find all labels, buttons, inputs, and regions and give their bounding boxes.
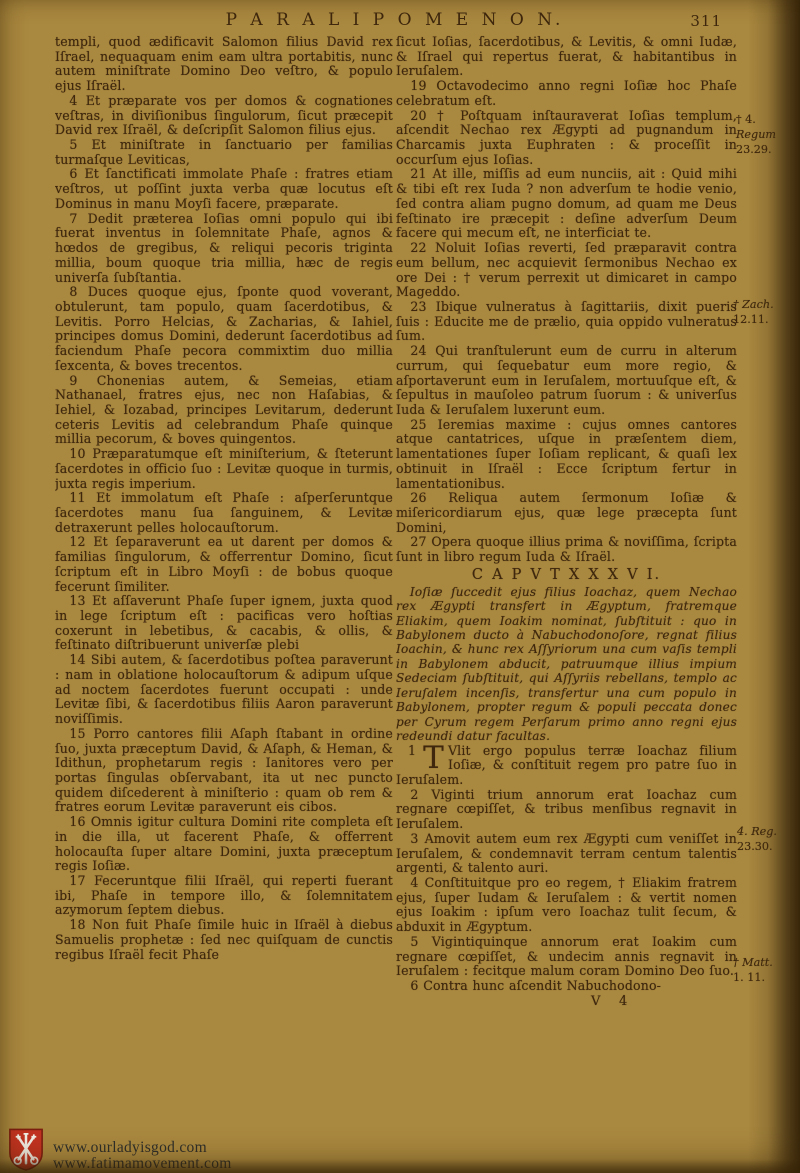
verse-paragraph: 5 Vigintiquinque annorum erat Ioakim cum…: [396, 935, 737, 979]
verse-paragraph: 7 Dedit præterea Ioſias omni populo qui …: [55, 212, 393, 286]
verse-paragraph: 9 Chonenias autem, & Semeias, etiam Nath…: [55, 374, 393, 448]
page-bottom-shadow: [0, 1159, 800, 1173]
verse-paragraph: 14 Sibi autem, & ſacerdotibus poſtea par…: [55, 653, 393, 727]
verse-paragraph: templi, quod ædificavit Salomon filius D…: [55, 35, 393, 94]
verse-paragraph-dropcap: 1 TVlit ergo populus terræ Ioachaz filiu…: [396, 744, 737, 788]
verse-paragraph: 6 Contra hunc aſcendit Nabuchodono-: [396, 979, 737, 994]
verse-paragraph: 8 Duces quoque ejus, ſponte quod voveran…: [55, 285, 393, 373]
signature-mark: V 4: [396, 995, 737, 1010]
verse-paragraph: 11 Et immolatum eſt Phaſe : aſperſeruntq…: [55, 491, 393, 535]
verse-paragraph: 15 Porro cantores filii Aſaph ſtabant in…: [55, 727, 393, 815]
page-edge-shadow: [748, 0, 800, 1173]
verse-number: 1: [408, 744, 416, 759]
verse-paragraph: 27 Opera quoque illius prima & noviſſima…: [396, 535, 737, 564]
verse-paragraph: 5 Et miniſtrate in ſanctuario per famili…: [55, 138, 393, 167]
verse-paragraph: 21 At ille, miſſis ad eum nunciis, ait :…: [396, 167, 737, 241]
verse-text: Vlit ergo populus terræ Ioachaz filium I…: [396, 743, 737, 787]
left-text-column: templi, quod ædificavit Salomon filius D…: [55, 35, 393, 1107]
verse-paragraph: 16 Omnis igitur cultura Domini rite comp…: [55, 815, 393, 874]
drop-cap-letter: T: [423, 745, 444, 772]
verse-paragraph: 22 Noluit Ioſias reverti, ſed præparavit…: [396, 241, 737, 300]
verse-paragraph: 20 † Poſtquam inſtauraverat Ioſias templ…: [396, 109, 737, 168]
watermark-url-1: www.ourladyisgod.com: [53, 1140, 232, 1156]
chapter-heading: C A P V T X X X V I.: [396, 568, 737, 583]
right-text-column: ſicut Ioſias, ſacerdotibus, & Levitis, &…: [396, 35, 737, 1117]
book-page-scan: P A R A L I P O M E N O N. 311 templi, q…: [0, 0, 800, 1173]
verse-paragraph: 6 Et ſanctificati immolate Phaſe : fratr…: [55, 167, 393, 211]
verse-paragraph: 13 Et aſſaverunt Phaſe ſuper ignem, juxt…: [55, 594, 393, 653]
verse-paragraph: 26 Reliqua autem ſermonum Ioſiæ & miſeri…: [396, 491, 737, 535]
verse-paragraph: 2 Viginti trium annorum erat Ioachaz cum…: [396, 788, 737, 832]
verse-paragraph: 3 Amovit autem eum rex Ægypti cum veniſſ…: [396, 832, 737, 876]
verse-paragraph: 18 Non fuit Phaſe ſimile huic in Iſraël …: [55, 918, 393, 962]
verse-paragraph: 23 Ibique vulneratus à ſagittariis, dixi…: [396, 300, 737, 344]
page-number: 311: [690, 12, 722, 30]
running-header-title: P A R A L I P O M E N O N.: [160, 10, 630, 30]
verse-paragraph: 4 Conſtituitque pro eo regem, † Eliakim …: [396, 876, 737, 935]
chapter-summary: Ioſiæ ſuccedit ejus filius Ioachaz, quem…: [396, 585, 737, 744]
right-column-top-verses: ſicut Ioſias, ſacerdotibus, & Levitis, &…: [396, 35, 737, 565]
verse-paragraph: 24 Qui tranſtulerunt eum de curru in alt…: [396, 344, 737, 418]
verse-paragraph: 12 Et ſeparaverunt ea ut darent per domo…: [55, 535, 393, 594]
verse-paragraph: 25 Ieremias maxime : cujus omnes cantore…: [396, 418, 737, 492]
verse-paragraph: 19 Octavodecimo anno regni Ioſiæ hoc Pha…: [396, 79, 737, 108]
right-column-bottom-verses: 2 Viginti trium annorum erat Ioachaz cum…: [396, 788, 737, 994]
verse-paragraph: 10 Præparatumque eſt miniſterium, & ſtet…: [55, 447, 393, 491]
verse-paragraph: 17 Feceruntque filii Iſraël, qui reperti…: [55, 874, 393, 918]
verse-paragraph: 4 Et præparate vos per domos & cognation…: [55, 94, 393, 138]
verse-paragraph: ſicut Ioſias, ſacerdotibus, & Levitis, &…: [396, 35, 737, 79]
